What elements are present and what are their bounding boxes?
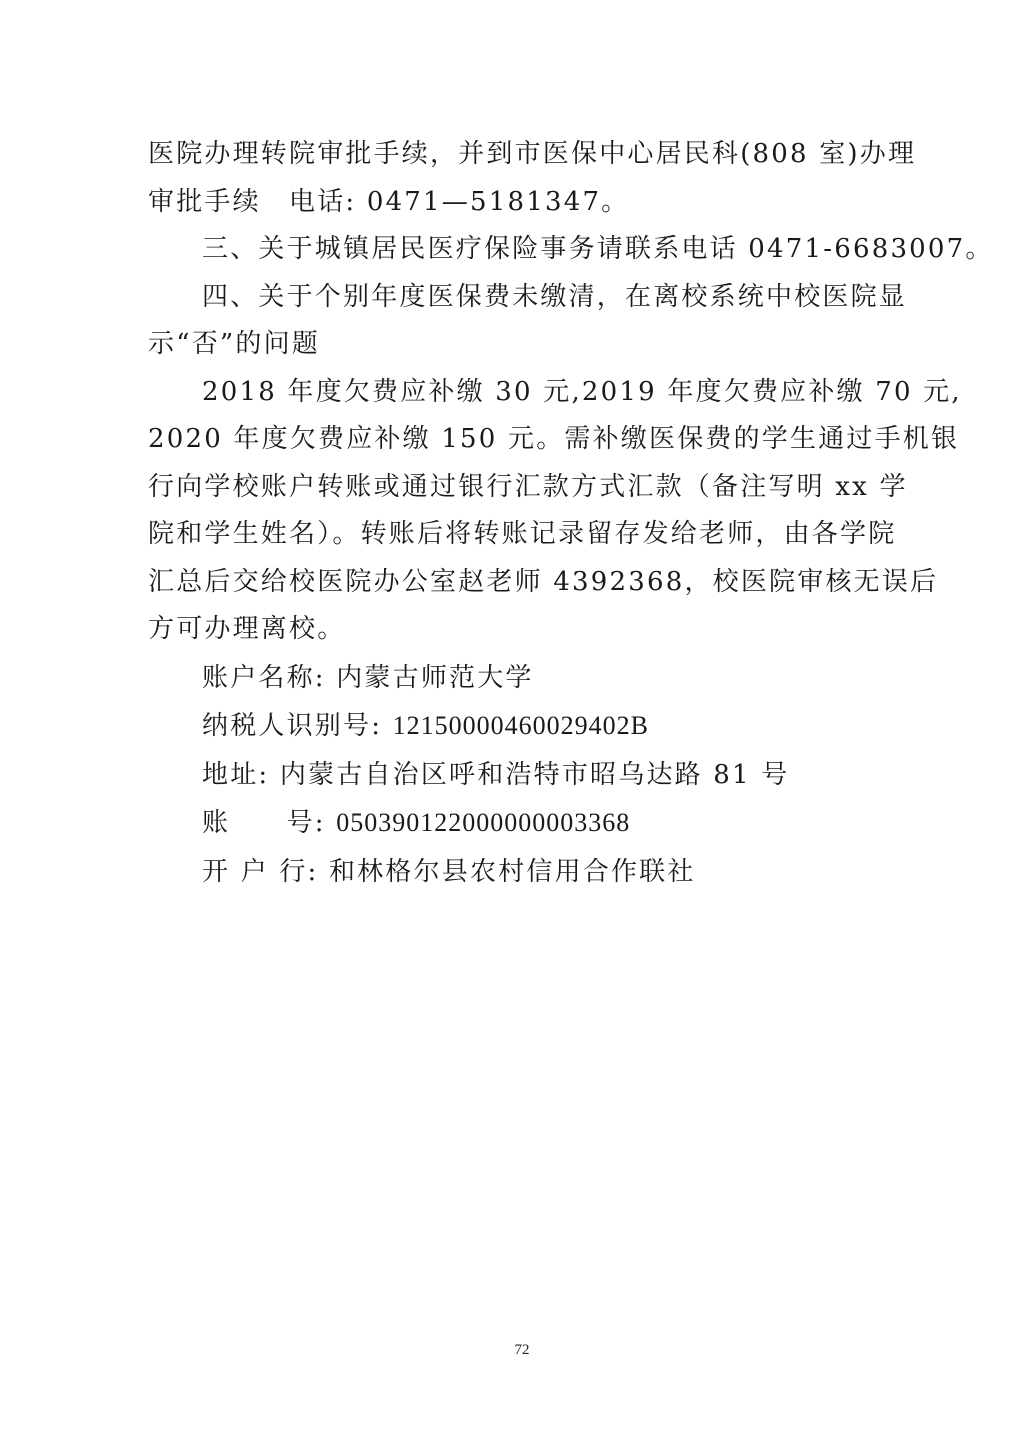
- taxpayer-id-value: 12150000460029402B: [393, 711, 649, 740]
- paragraph-section-4-heading: 四、关于个别年度医保费未缴清，在离校系统中校医院显 示“否”的问题: [148, 274, 893, 369]
- account-number-label: 账 号:: [202, 808, 326, 838]
- document-body: 医院办理转院审批手续，并到市医保中心居民科(808 室)办理 审批手续 电话: …: [148, 131, 893, 896]
- bank-value: 和林格尔县农村信用合作联社: [329, 857, 696, 887]
- text-line: 行向学校账户转账或通过银行汇款方式汇款（备注写明 xx 学: [148, 464, 893, 512]
- text-line: 汇总后交给校医院办公室赵老师 4392368，校医院审核无误后: [148, 559, 893, 607]
- text-line: 示“否”的问题: [148, 321, 893, 369]
- text-line: 2018 年度欠费应补缴 30 元,2019 年度欠费应补缴 70 元,: [148, 369, 893, 417]
- text-line: 院和学生姓名）。转账后将转账记录留存发给老师，由各学院: [148, 511, 893, 559]
- account-number-row: 账 号: 050390122000000003368: [148, 799, 893, 848]
- account-name-label: 账户名称:: [202, 663, 326, 693]
- text-line: 审批手续 电话: 0471—5181347。: [148, 179, 893, 227]
- text-line: 三、关于城镇居民医疗保险事务请联系电话 0471-6683007。: [148, 226, 893, 274]
- paragraph-hospital-transfer: 医院办理转院审批手续，并到市医保中心居民科(808 室)办理 审批手续 电话: …: [148, 131, 893, 226]
- taxpayer-id-row: 纳税人识别号: 12150000460029402B: [148, 702, 893, 751]
- account-number-value: 050390122000000003368: [336, 808, 630, 837]
- paragraph-section-3: 三、关于城镇居民医疗保险事务请联系电话 0471-6683007。: [148, 226, 893, 274]
- text-line: 四、关于个别年度医保费未缴清，在离校系统中校医院显: [148, 274, 893, 322]
- address-value: 内蒙古自治区呼和浩特市昭乌达路 81 号: [280, 760, 790, 790]
- address-row: 地址: 内蒙古自治区呼和浩特市昭乌达路 81 号: [148, 751, 893, 800]
- account-name-row: 账户名称: 内蒙古师范大学: [148, 654, 893, 703]
- account-name-value: 内蒙古师范大学: [336, 663, 533, 693]
- text-line: 2020 年度欠费应补缴 150 元。需补缴医保费的学生通过手机银: [148, 416, 893, 464]
- text-line: 方可办理离校。: [148, 606, 893, 654]
- address-label: 地址:: [202, 760, 269, 790]
- page-number: 72: [0, 1342, 1024, 1359]
- bank-row: 开 户 行: 和林格尔县农村信用合作联社: [148, 848, 893, 897]
- taxpayer-id-label: 纳税人识别号:: [202, 711, 382, 741]
- account-info-block: 账户名称: 内蒙古师范大学 纳税人识别号: 12150000460029402B…: [148, 654, 893, 897]
- bank-label: 开 户 行:: [202, 857, 319, 887]
- paragraph-section-4-body: 2018 年度欠费应补缴 30 元,2019 年度欠费应补缴 70 元, 202…: [148, 369, 893, 654]
- text-line: 医院办理转院审批手续，并到市医保中心居民科(808 室)办理: [148, 131, 893, 179]
